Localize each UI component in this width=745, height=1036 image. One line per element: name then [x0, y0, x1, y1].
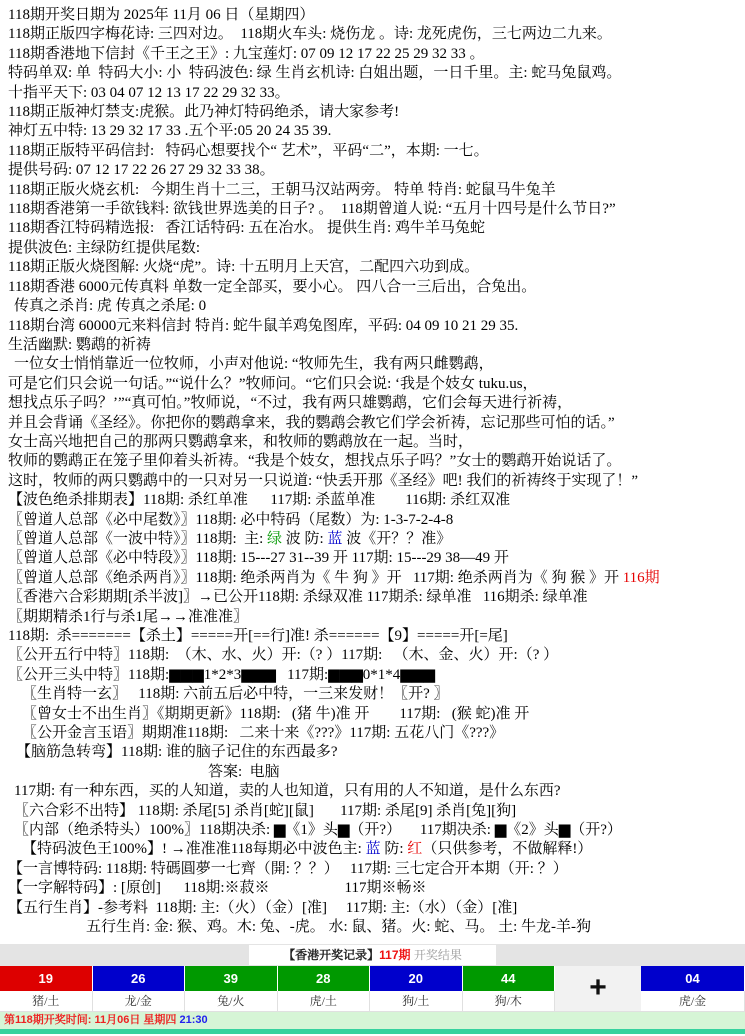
result-ball-cell: 28虎/土: [278, 966, 371, 1012]
text-line: 118期开奖日期为 2025年 11月 06 日（星期四）: [8, 6, 743, 25]
text-line: 一位女士悄悄靠近一位牧师，小声对他说: “牧师先生，我有两只雌鹦鹉，: [8, 355, 743, 374]
text-line: 118期香港地下信封《千王之王》: 九宝莲灯: 07 09 12 17 22 2…: [8, 45, 743, 64]
plain-text: 防:: [381, 841, 408, 857]
text-line: 〖公开五行中特〗118期: （木、水、火）开:（? ）117期: （木、金、火）…: [8, 646, 743, 665]
plain-text: 〖公开三头中特〗118期:▆▆▆1*2*3▆▆▆ 117期:▆▆▆0*1*4▆▆…: [8, 667, 435, 683]
text-line: 可是它们只会说一句话。”“说什么？”牧师问。“它们只会说: ‘我是个妓女 tuk…: [8, 375, 743, 394]
text-line: 118期正版特平码信封: 特码心想要找个“ 艺术”，平码“二”，本期: 一七。: [8, 142, 743, 161]
text-line: 答案: 电脑: [8, 763, 743, 782]
text-line: 118期: 杀=======【杀土】=====开[==行]准! 杀======【…: [8, 627, 743, 646]
plain-text: 118期开奖日期为 2025年 11月 06 日（星期四）: [8, 7, 314, 23]
text-line: 〖曾道人总部《必中特段》〗118期: 15---27 31--39 开 117期…: [8, 549, 743, 568]
plain-text: 波 防:: [282, 531, 327, 547]
result-ball-cell: 26龙/金: [93, 966, 186, 1012]
text-line: 【一字解特码】: [原创] 118期:※菽※ 117期※畅※: [8, 879, 743, 898]
result-zodiac-element-label: 狗/土: [370, 991, 463, 1012]
text-line: 【波色绝杀排期表】118期: 杀红单准 117期: 杀蓝单准 116期: 杀红双…: [8, 491, 743, 510]
highlight-text: 蓝: [366, 841, 381, 857]
text-line: 〖六合彩不出特】 118期: 杀尾[5] 杀肖[蛇][鼠] 117期: 杀尾[9…: [8, 802, 743, 821]
plain-text: 波《开？？准》: [342, 531, 451, 547]
result-ball-cell: 20狗/土: [370, 966, 463, 1012]
result-zodiac-element-label: 兔/火: [185, 991, 278, 1012]
next-draw-bar: 第118期开奖时间: 11月06日 星期四 21:30: [0, 1012, 745, 1029]
text-line: 牧师的鹦鹉正在笼子里仰着头祈祷。“我是个妓女，想找点乐子吗？”女士的鹦鹉开始说话…: [8, 452, 743, 471]
results-header-link[interactable]: 【香港开奖记录】117期 开奖结果: [249, 945, 496, 965]
text-line: 这时，牧师的两只鹦鹉中的一只对另一只说道: “快丢开那《圣经》吧! 我们的祈祷终…: [8, 472, 743, 491]
text-line: 118期正版火烧图解: 火烧“虎”。诗: 十五明月上天宫，二配四六功到成。: [8, 258, 743, 277]
result-zodiac-element-label: 虎/土: [278, 991, 371, 1012]
text-line: 〖曾女士不出生肖〗《期期更新》118期: (猪 牛)准 开 117期: (猴 蛇…: [8, 705, 743, 724]
text-line: 〖公开金言玉语〗期期准118期: 二来十来《???》117期: 五花八门《???…: [8, 724, 743, 743]
text-line: 提供号码: 07 12 17 22 26 27 29 32 33 38。: [8, 161, 743, 180]
text-line: 〖公开三头中特〗118期:▆▆▆1*2*3▆▆▆ 117期:▆▆▆0*1*4▆▆…: [8, 666, 743, 685]
result-zodiac-element-label: 龙/金: [93, 991, 186, 1012]
text-line: 特码单双: 单 特码大小: 小 特码波色: 绿 生肖玄机诗: 白姐出题，一日千里…: [8, 64, 743, 83]
results-table: 19猪/土26龙/金39兔/火28虎/土20狗/土44狗/木+04虎/金: [0, 966, 745, 1012]
plain-text: 特码单双: 单 特码大小: 小 特码波色: 绿 生肖玄机诗: 白姐出题，一日千里…: [8, 65, 621, 81]
special-number-cell: 04虎/金: [641, 966, 745, 1012]
next-draw-text: 第118期开奖时间: 11月06日 星期四: [4, 1014, 179, 1026]
text-line: 118期香江特码精选报: 香江话特码: 五在冶水。 提供生肖: 鸡牛羊马兔蛇: [8, 219, 743, 238]
text-line: 【五行生肖】-参考料 118期: 主:（火）（金）[准] 117期: 主:（水）…: [8, 899, 743, 918]
result-zodiac-element-label: 猪/土: [0, 991, 93, 1012]
result-number: 20: [370, 966, 463, 991]
text-line: 【脑筋急转弯】118期: 谁的脑子记住的东西最多?: [8, 743, 743, 762]
result-number: 26: [93, 966, 186, 991]
plain-text: 〖曾道人总部《绝杀两肖》〗118期: 绝杀两肖为《 牛 狗 》开 117期: 绝…: [8, 570, 623, 586]
plus-separator: +: [555, 966, 641, 1012]
plain-text: 牧师的鹦鹉正在笼子里仰着头祈祷。“我是个妓女，想找点乐子吗？”女士的鹦鹉开始说话…: [8, 453, 621, 469]
plain-text: 【一字解特码】: [原创] 118期:※菽※ 117期※畅※: [8, 880, 426, 896]
text-line: 并且会背诵《圣经》。你把你的鹦鹉拿来，我的鹦鹉会教它们学会祈祷，忘记那些可怕的话…: [8, 414, 743, 433]
plain-text: 118期台湾 60000元来料信封 特肖: 蛇牛鼠羊鸡兔图库，平码: 04 09…: [8, 318, 518, 334]
highlight-text: 116期: [623, 570, 660, 586]
text-line: 神灯五中特: 13 29 32 17 33 .五个平:05 20 24 35 3…: [8, 122, 743, 141]
plain-text: 118期正版火烧玄机: 今期生肖十二三，王朝马汉站两旁。 特单 特肖: 蛇鼠马牛…: [8, 182, 556, 198]
result-ball-cell: 44狗/木: [463, 966, 556, 1012]
text-line: 【特码波色王100%】! →准准准118每期必中波色主: 蓝 防: 红（只供参考…: [8, 840, 743, 859]
plain-text: 118期香港 6000元传真料 单数一定全部买，要小心。 四八合一三后出，合兔出…: [8, 279, 536, 295]
plain-text: 〖六合彩不出特】 118期: 杀尾[5] 杀肖[蛇][鼠] 117期: 杀尾[9…: [14, 803, 516, 819]
plain-text: 提供波色: 主绿防红提供尾数:: [8, 240, 200, 256]
plain-text: 〖曾女士不出生肖〗《期期更新》118期: (猪 牛)准 开 117期: (猴 蛇…: [22, 706, 529, 722]
text-line: 〖生肖特一玄〗 118期: 六前五后必中特，一三来发财！〖开? 〗: [8, 685, 743, 704]
plain-text: 提供号码: 07 12 17 22 26 27 29 32 33 38。: [8, 162, 275, 178]
text-line: 118期正版四字梅花诗: 三四对边。 118期火车头: 烧伤龙 。诗: 龙死虎伤…: [8, 25, 743, 44]
plain-text: 〖香港六合彩期期[杀半波]〗→已公开118期: 杀绿双准 117期杀: 绿单准 …: [8, 589, 588, 605]
text-line: 女士高兴地把自己的那两只鹦鹉拿来，和牧师的鹦鹉放在一起。当时，: [8, 433, 743, 452]
plain-text: 十指平天下: 03 04 07 12 13 17 22 29 32 33。: [8, 85, 290, 101]
plain-text: 神灯五中特: 13 29 32 17 33 .五个平:05 20 24 35 3…: [8, 123, 331, 139]
text-line: 118期香港 6000元传真料 单数一定全部买，要小心。 四八合一三后出，合兔出…: [8, 278, 743, 297]
result-number: 04: [641, 966, 745, 991]
plain-text: 118期香江特码精选报: 香江话特码: 五在冶水。 提供生肖: 鸡牛羊马兔蛇: [8, 220, 485, 236]
results-title: 【香港开奖记录】: [283, 948, 379, 962]
result-number: 28: [278, 966, 371, 991]
text-line: 118期台湾 60000元来料信封 特肖: 蛇牛鼠羊鸡兔图库，平码: 04 09…: [8, 317, 743, 336]
plain-text: 118期: 杀=======【杀土】=====开[==行]准! 杀======【…: [8, 628, 508, 644]
plain-text: 〖生肖特一玄〗 118期: 六前五后必中特，一三来发财！〖开? 〗: [22, 686, 449, 702]
text-line: 【一言博特码: 118期: 特碼圓夢一七齊（開: ？？） 117期: 三七定合开…: [8, 860, 743, 879]
text-line: 〖内部（绝杀特头）100%〗118期决杀: ▆《1》头▆（开?） 117期决杀:…: [8, 821, 743, 840]
text-line: 五行生肖: 金: 猴、鸡。木: 兔、-虎。 水: 鼠、猪。火: 蛇、马。 土: …: [8, 918, 743, 937]
next-draw-time: 21:30: [179, 1014, 207, 1026]
plain-text: 答案: 电脑: [208, 764, 280, 780]
plain-text: 〖公开五行中特〗118期: （木、水、火）开:（? ）117期: （木、金、火）…: [8, 647, 558, 663]
text-line: 118期香港第一手欲钱料: 欲钱世界选美的日子? 。 118期曾道人说: “五月…: [8, 200, 743, 219]
text-line: 想找点乐子吗？’”“真可怕。”牧师说，“不过，我有两只雄鹦鹉，它们会每天进行祈祷…: [8, 394, 743, 413]
plain-text: 118期香港地下信封《千王之王》: 九宝莲灯: 07 09 12 17 22 2…: [8, 46, 485, 62]
text-line: 生活幽默: 鹦鹉的祈祷: [8, 336, 743, 355]
text-line: 传真之杀肖: 虎 传真之杀尾: 0: [8, 297, 743, 316]
plain-text: 117期: 有一种东西，买的人知道，卖的人也知道，只有用的人不知道，是什么东西?: [14, 783, 561, 799]
plain-text: 【脑筋急转弯】118期: 谁的脑子记住的东西最多?: [16, 744, 338, 760]
results-header-bar: 【香港开奖记录】117期 开奖结果: [0, 944, 745, 966]
result-ball-cell: 19猪/土: [0, 966, 93, 1012]
result-ball-cell: 39兔/火: [185, 966, 278, 1012]
plain-text: 118期正版神灯禁支:虎猴。此乃神灯特码绝杀，请大家参考!: [8, 104, 399, 120]
result-number: 44: [463, 966, 556, 991]
text-line: 118期正版神灯禁支:虎猴。此乃神灯特码绝杀，请大家参考!: [8, 103, 743, 122]
plain-text: 【一言博特码: 118期: 特碼圓夢一七齊（開: ？？） 117期: 三七定合开…: [8, 861, 568, 877]
result-zodiac-element-label: 虎/金: [641, 991, 745, 1012]
plain-text: 〖内部（绝杀特头）100%〗118期决杀: ▆《1》头▆（开?） 117期决杀:…: [14, 822, 622, 838]
bottom-strip: [0, 1029, 745, 1034]
plain-text: 并且会背诵《圣经》。你把你的鹦鹉拿来，我的鹦鹉会教它们学会祈祷，忘记那些可怕的话…: [8, 415, 615, 431]
text-line: 提供波色: 主绿防红提供尾数:: [8, 239, 743, 258]
result-number: 39: [185, 966, 278, 991]
results-issue: 117期: [379, 948, 410, 962]
plain-text: 可是它们只会说一句话。”“说什么？”牧师问。“它们只会说: ‘我是个妓女 tuk…: [8, 376, 538, 392]
plain-text: （只供参考，不做解释!）: [422, 841, 592, 857]
text-line: 117期: 有一种东西，买的人知道，卖的人也知道，只有用的人不知道，是什么东西?: [8, 782, 743, 801]
plain-text: 〖期期精杀1行与杀1尾→→准准准〗: [8, 609, 248, 625]
result-number: 19: [0, 966, 93, 991]
text-line: 〖期期精杀1行与杀1尾→→准准准〗: [8, 608, 743, 627]
plain-text: 【特码波色王100%】! →准准准118每期必中波色主:: [22, 841, 366, 857]
plain-text: 〖曾道人总部《必中尾数》〗118期: 必中特码（尾数）为: 1-3-7-2-4-…: [8, 512, 453, 528]
plain-text: 118期香港第一手欲钱料: 欲钱世界选美的日子? 。 118期曾道人说: “五月…: [8, 201, 616, 217]
highlight-text: 红: [407, 841, 422, 857]
highlight-text: 绿: [267, 531, 282, 547]
plain-text: 这时，牧师的两只鹦鹉中的一只对另一只说道: “快丢开那《圣经》吧! 我们的祈祷终…: [8, 473, 638, 489]
text-line: 〖香港六合彩期期[杀半波]〗→已公开118期: 杀绿双准 117期杀: 绿单准 …: [8, 588, 743, 607]
text-line: 十指平天下: 03 04 07 12 13 17 22 29 32 33。: [8, 84, 743, 103]
plain-text: 【波色绝杀排期表】118期: 杀红单准 117期: 杀蓝单准 116期: 杀红双…: [8, 492, 510, 508]
plain-text: 118期正版四字梅花诗: 三四对边。 118期火车头: 烧伤龙 。诗: 龙死虎伤…: [8, 26, 612, 42]
result-zodiac-element-label: 狗/木: [463, 991, 556, 1012]
highlight-text: 蓝: [327, 531, 342, 547]
plain-text: 【五行生肖】-参考料 118期: 主:（火）（金）[准] 117期: 主:（水）…: [8, 900, 517, 916]
plain-text: 〖曾道人总部《必中特段》〗118期: 15---27 31--39 开 117期…: [8, 550, 509, 566]
plain-text: 118期正版火烧图解: 火烧“虎”。诗: 十五明月上天宫，二配四六功到成。: [8, 259, 479, 275]
text-line: 〖曾道人总部《绝杀两肖》〗118期: 绝杀两肖为《 牛 狗 》开 117期: 绝…: [8, 569, 743, 588]
plain-text: 一位女士悄悄靠近一位牧师，小声对他说: “牧师先生，我有两只雌鹦鹉，: [14, 356, 494, 372]
lottery-tips-text: 118期开奖日期为 2025年 11月 06 日（星期四）118期正版四字梅花诗…: [0, 0, 745, 938]
plain-text: 女士高兴地把自己的那两只鹦鹉拿来，和牧师的鹦鹉放在一起。当时，: [8, 434, 473, 450]
results-suffix: 开奖结果: [411, 948, 462, 962]
plain-text: 生活幽默: 鹦鹉的祈祷: [8, 337, 151, 353]
text-line: 〖曾道人总部《必中尾数》〗118期: 必中特码（尾数）为: 1-3-7-2-4-…: [8, 511, 743, 530]
plain-text: 五行生肖: 金: 猴、鸡。木: 兔、-虎。 水: 鼠、猪。火: 蛇、马。 土: …: [86, 919, 591, 935]
plain-text: 想找点乐子吗？’”“真可怕。”牧师说，“不过，我有两只雄鹦鹉，它们会每天进行祈祷…: [8, 395, 572, 411]
plain-text: 118期正版特平码信封: 特码心想要找个“ 艺术”，平码“二”，本期: 一七。: [8, 143, 489, 159]
plain-text: 〖公开金言玉语〗期期准118期: 二来十来《???》117期: 五花八门《???…: [22, 725, 504, 741]
plain-text: 〖曾道人总部《一波中特》〗118期: 主:: [8, 531, 267, 547]
text-line: 118期正版火烧玄机: 今期生肖十二三，王朝马汉站两旁。 特单 特肖: 蛇鼠马牛…: [8, 181, 743, 200]
plain-text: 传真之杀肖: 虎 传真之杀尾: 0: [14, 298, 206, 314]
text-line: 〖曾道人总部《一波中特》〗118期: 主: 绿 波 防: 蓝 波《开？？准》: [8, 530, 743, 549]
